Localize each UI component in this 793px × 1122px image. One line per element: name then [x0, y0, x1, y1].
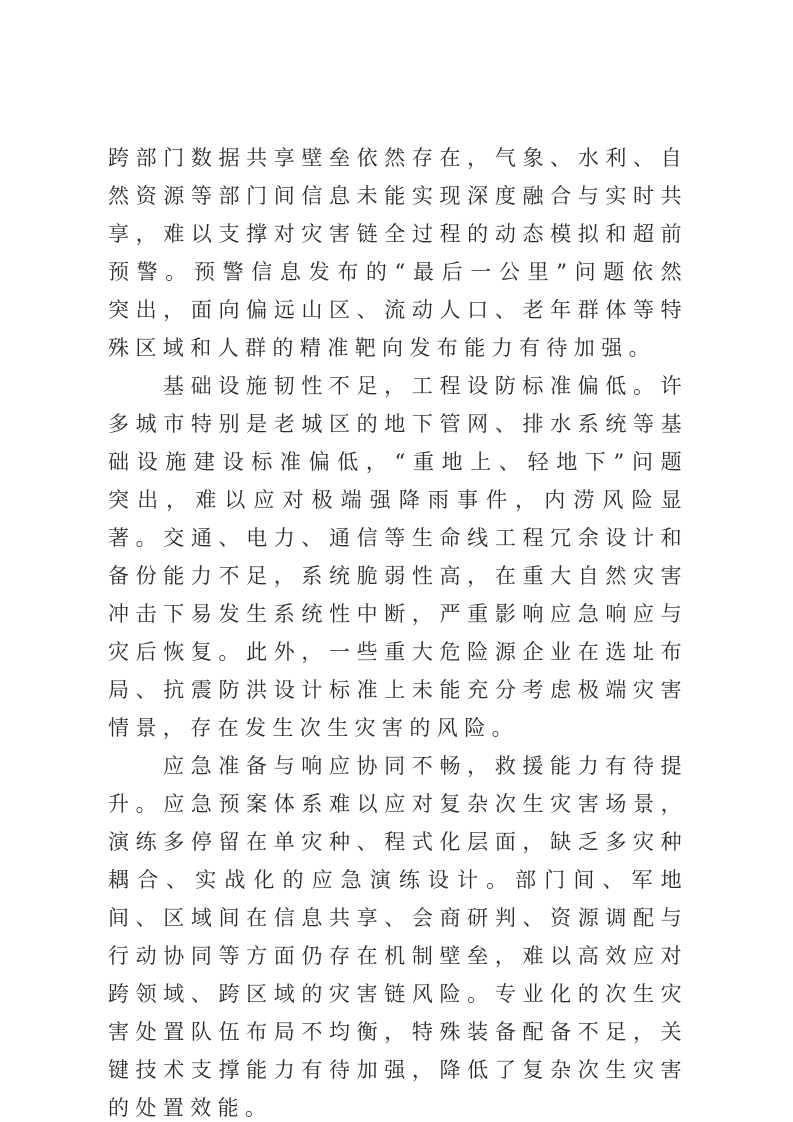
paragraph-data-sharing-barriers: 跨部门数据共享壁垒依然存在，气象、水利、自然资源等部门间信息未能实现深度融合与实…: [108, 139, 688, 367]
paragraph-emergency-coordination: 应急准备与响应协同不畅，救援能力有待提升。应急预案体系难以应对复杂次生灾害场景，…: [108, 747, 688, 1122]
paragraph-infrastructure-resilience: 基础设施韧性不足，工程设防标准偏低。许多城市特别是老城区的地下管网、排水系统等基…: [108, 367, 688, 747]
document-page: 跨部门数据共享壁垒依然存在，气象、水利、自然资源等部门间信息未能实现深度融合与实…: [0, 0, 793, 1122]
document-body: 跨部门数据共享壁垒依然存在，气象、水利、自然资源等部门间信息未能实现深度融合与实…: [108, 139, 688, 1122]
